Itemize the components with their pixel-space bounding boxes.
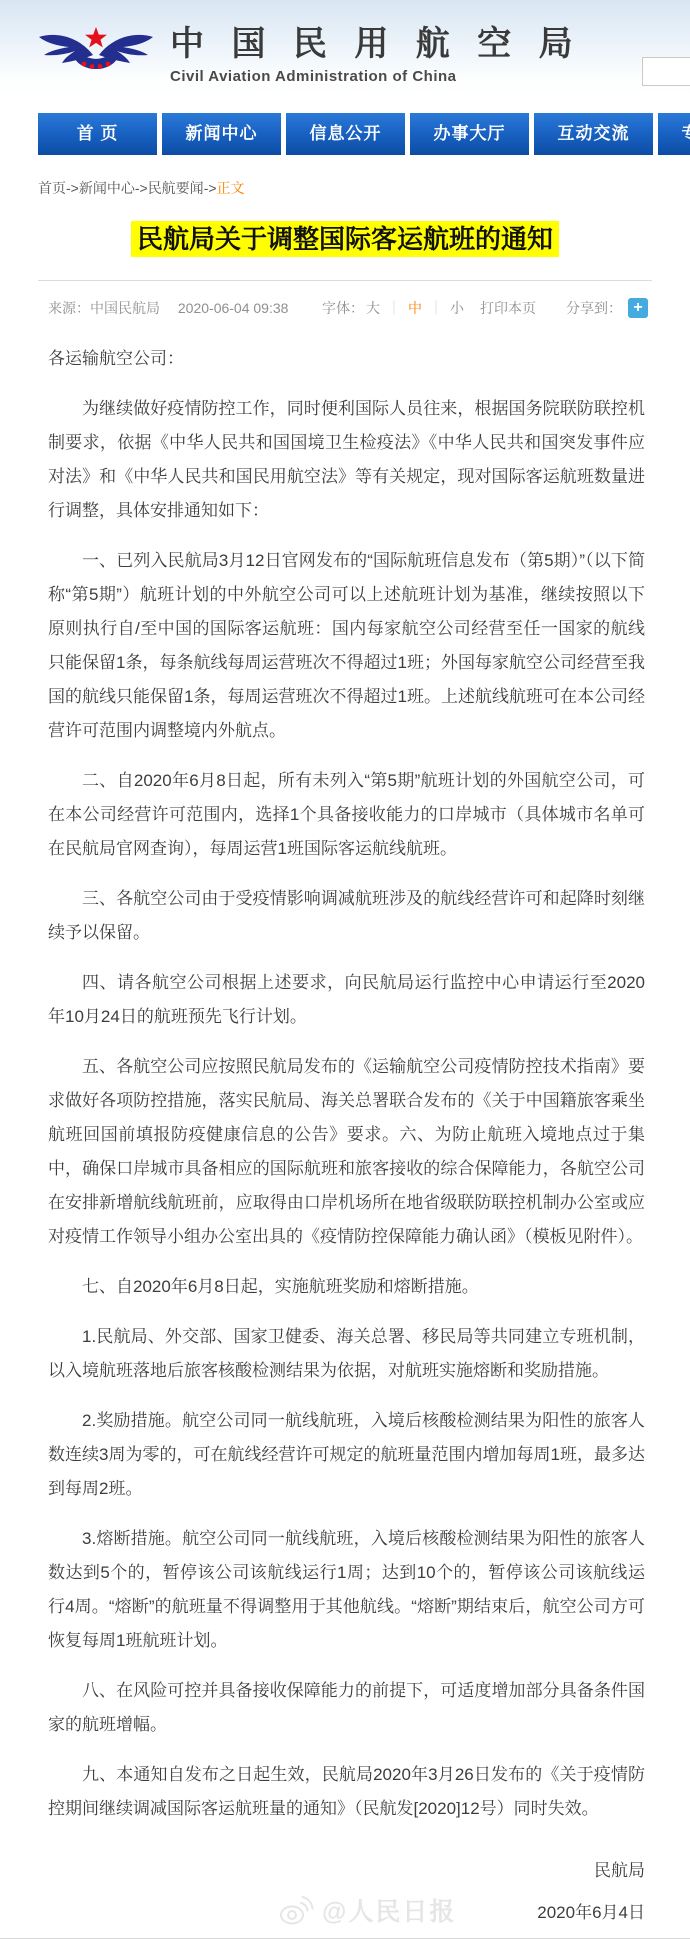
site-name-en: Civil Aviation Administration of China (170, 68, 582, 85)
meta-tools: 字体： 大中小 打印本页 分享到： (322, 298, 648, 318)
site-header: 中 国 民 用 航 空 局 Civil Aviation Administrat… (0, 0, 690, 100)
breadcrumb-link[interactable]: 民航要闻 (148, 180, 204, 196)
brand: 中 国 民 用 航 空 局 Civil Aviation Administrat… (36, 22, 582, 88)
paragraphs: 为继续做好疫情防控工作，同时便利国际人员往来，根据国务院联防联控机制要求，依据《… (48, 392, 645, 1826)
page-title: 民航局关于调整国际客运航班的通知 (0, 222, 690, 256)
breadcrumb-item: 民航要闻-> (148, 180, 217, 196)
breadcrumb-item: 正文 (217, 180, 245, 196)
font-size-options: 大中小 (366, 298, 464, 318)
source-label: 来源：中国民航局 (48, 300, 160, 316)
article-paragraph: 二、自2020年6月8日起，所有未列入“第5期”航班计划的外国航空公司，可在本公… (48, 764, 645, 866)
article-paragraph: 七、自2020年6月8日起，实施航班奖励和熔断措施。 (48, 1270, 645, 1304)
nav-item[interactable]: 信息公开 (286, 113, 405, 155)
publish-datetime: 2020-06-04 09:38 (178, 300, 289, 316)
nav-item[interactable]: 新闻中心 (162, 113, 281, 155)
brand-text: 中 国 民 用 航 空 局 Civil Aviation Administrat… (170, 22, 582, 85)
font-size-label: 字体： (322, 298, 364, 318)
page: 中 国 民 用 航 空 局 Civil Aviation Administrat… (0, 0, 690, 1939)
article-body: 各运输航空公司： 为继续做好疫情防控工作，同时便利国际人员往来，根据国务院联防联… (0, 318, 690, 1826)
search-input[interactable] (642, 57, 690, 86)
article-paragraph: 九、本通知自发布之日起生效，民航局2020年3月26日发布的《关于疫情防控期间继… (48, 1758, 645, 1826)
site-name-cn: 中 国 民 用 航 空 局 (170, 24, 582, 64)
breadcrumb-separator: -> (204, 180, 217, 196)
breadcrumb: 首页->新闻中心->民航要闻->正文 (0, 178, 690, 198)
share-label: 分享到： (566, 298, 622, 318)
article-paragraph: 八、在风险可控并具备接收保障能力的前提下，可适度增加部分具备条件国家的航班增幅。 (48, 1674, 645, 1742)
nav-item[interactable]: 互动交流 (534, 113, 653, 155)
nav-item[interactable]: 首 页 (38, 113, 157, 155)
signature-org: 民航局 (45, 1854, 645, 1888)
main-nav: 首 页新闻中心信息公开办事大厅互动交流专题专栏 (0, 113, 690, 155)
breadcrumb-item: 首页-> (38, 180, 79, 196)
article-paragraph: 三、各航空公司由于受疫情影响调减航班涉及的航线经营许可和起降时刻继续予以保留。 (48, 882, 645, 950)
meta-source: 来源：中国民航局 2020-06-04 09:38 (48, 298, 288, 318)
font-size-option[interactable]: 小 (450, 300, 464, 316)
article-paragraph: 五、各航空公司应按照民航局发布的《运输航空公司疫情防控技术指南》要求做好各项防控… (48, 1050, 645, 1254)
caac-logo-icon (36, 24, 156, 88)
share-plus-icon[interactable] (628, 298, 648, 318)
article-paragraph: 2.奖励措施。航空公司同一航线航班，入境后核酸检测结果为阳性的旅客人数连续3周为… (48, 1404, 645, 1506)
breadcrumb-separator: -> (135, 180, 148, 196)
breadcrumb-link[interactable]: 正文 (217, 180, 245, 196)
article-paragraph: 3.熔断措施。航空公司同一航线航班，入境后核酸检测结果为阳性的旅客人数达到5个的… (48, 1522, 645, 1658)
breadcrumb-separator: -> (66, 180, 79, 196)
watermark-text: @人民日报 (322, 1892, 456, 1928)
title-divider (38, 280, 652, 281)
font-size-option[interactable]: 中 (408, 300, 450, 316)
weibo-icon (278, 1894, 314, 1926)
article-paragraph: 为继续做好疫情防控工作，同时便利国际人员往来，根据国务院联防联控机制要求，依据《… (48, 392, 645, 528)
nav-item[interactable]: 办事大厅 (410, 113, 529, 155)
article-meta: 来源：中国民航局 2020-06-04 09:38 字体： 大中小 打印本页 分… (0, 298, 690, 318)
breadcrumb-link[interactable]: 首页 (38, 180, 66, 196)
watermark: @人民日报 (278, 1892, 456, 1928)
print-button[interactable]: 打印本页 (480, 298, 536, 318)
salutation: 各运输航空公司： (48, 342, 645, 376)
font-size-option[interactable]: 大 (366, 300, 408, 316)
breadcrumb-item: 新闻中心-> (79, 180, 148, 196)
nav-item[interactable]: 专题专栏 (658, 113, 690, 155)
article-paragraph: 1.民航局、外交部、国家卫健委、海关总署、移民局等共同建立专班机制，以入境航班落… (48, 1320, 645, 1388)
title-highlight: 民航局关于调整国际客运航班的通知 (131, 221, 559, 257)
article-paragraph: 四、请各航空公司根据上述要求，向民航局运行监控中心申请运行至2020年10月24… (48, 966, 645, 1034)
article-paragraph: 一、已列入民航局3月12日官网发布的“国际航班信息发布（第5期）”（以下简称“第… (48, 544, 645, 748)
breadcrumb-link[interactable]: 新闻中心 (79, 180, 135, 196)
